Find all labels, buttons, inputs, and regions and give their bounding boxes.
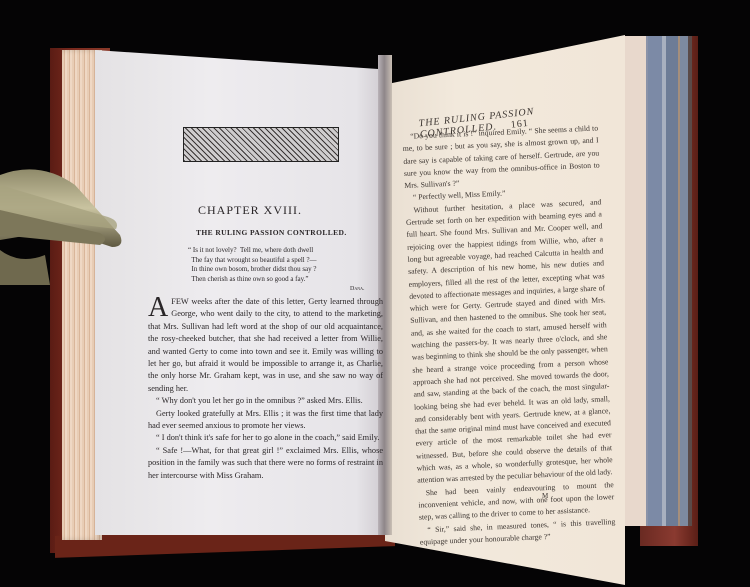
chapter-heading: CHAPTER XVIII. [198,203,302,218]
epigraph: “ Is it not lovely? Tell me, where doth … [188,246,317,284]
paragraph: “ Safe !—What, for that great girl !” ex… [148,445,383,482]
signature-mark: M [542,492,548,500]
paragraph: “ Why don't you let her go in the omnibu… [148,395,383,407]
right-page-body: “Do you think it is !” inquired Emily. “… [402,122,616,548]
paragraph: “ I don't think it's safe for her to go … [148,432,383,444]
chapter-ornament [183,127,339,162]
paragraph: “Do you think it is !” inquired Emily. “… [402,122,600,192]
paragraph: Without further hesitation, a place was … [405,196,613,487]
paragraph: FEW weeks after the date of this letter,… [148,297,383,393]
page-edges-right [622,36,692,526]
brass-hand-bookmark-icon [0,155,130,285]
drop-cap: A [148,296,168,320]
chapter-title: THE RULING PASSION CONTROLLED. [196,228,347,237]
book-photo: CHAPTER XVIII. THE RULING PASSION CONTRO… [0,0,750,587]
paragraph: Gerty looked gratefully at Mrs. Ellis ; … [148,408,383,433]
epigraph-attribution: Dana. [350,286,365,292]
left-page-body: AFEW weeks after the date of this letter… [148,296,383,482]
